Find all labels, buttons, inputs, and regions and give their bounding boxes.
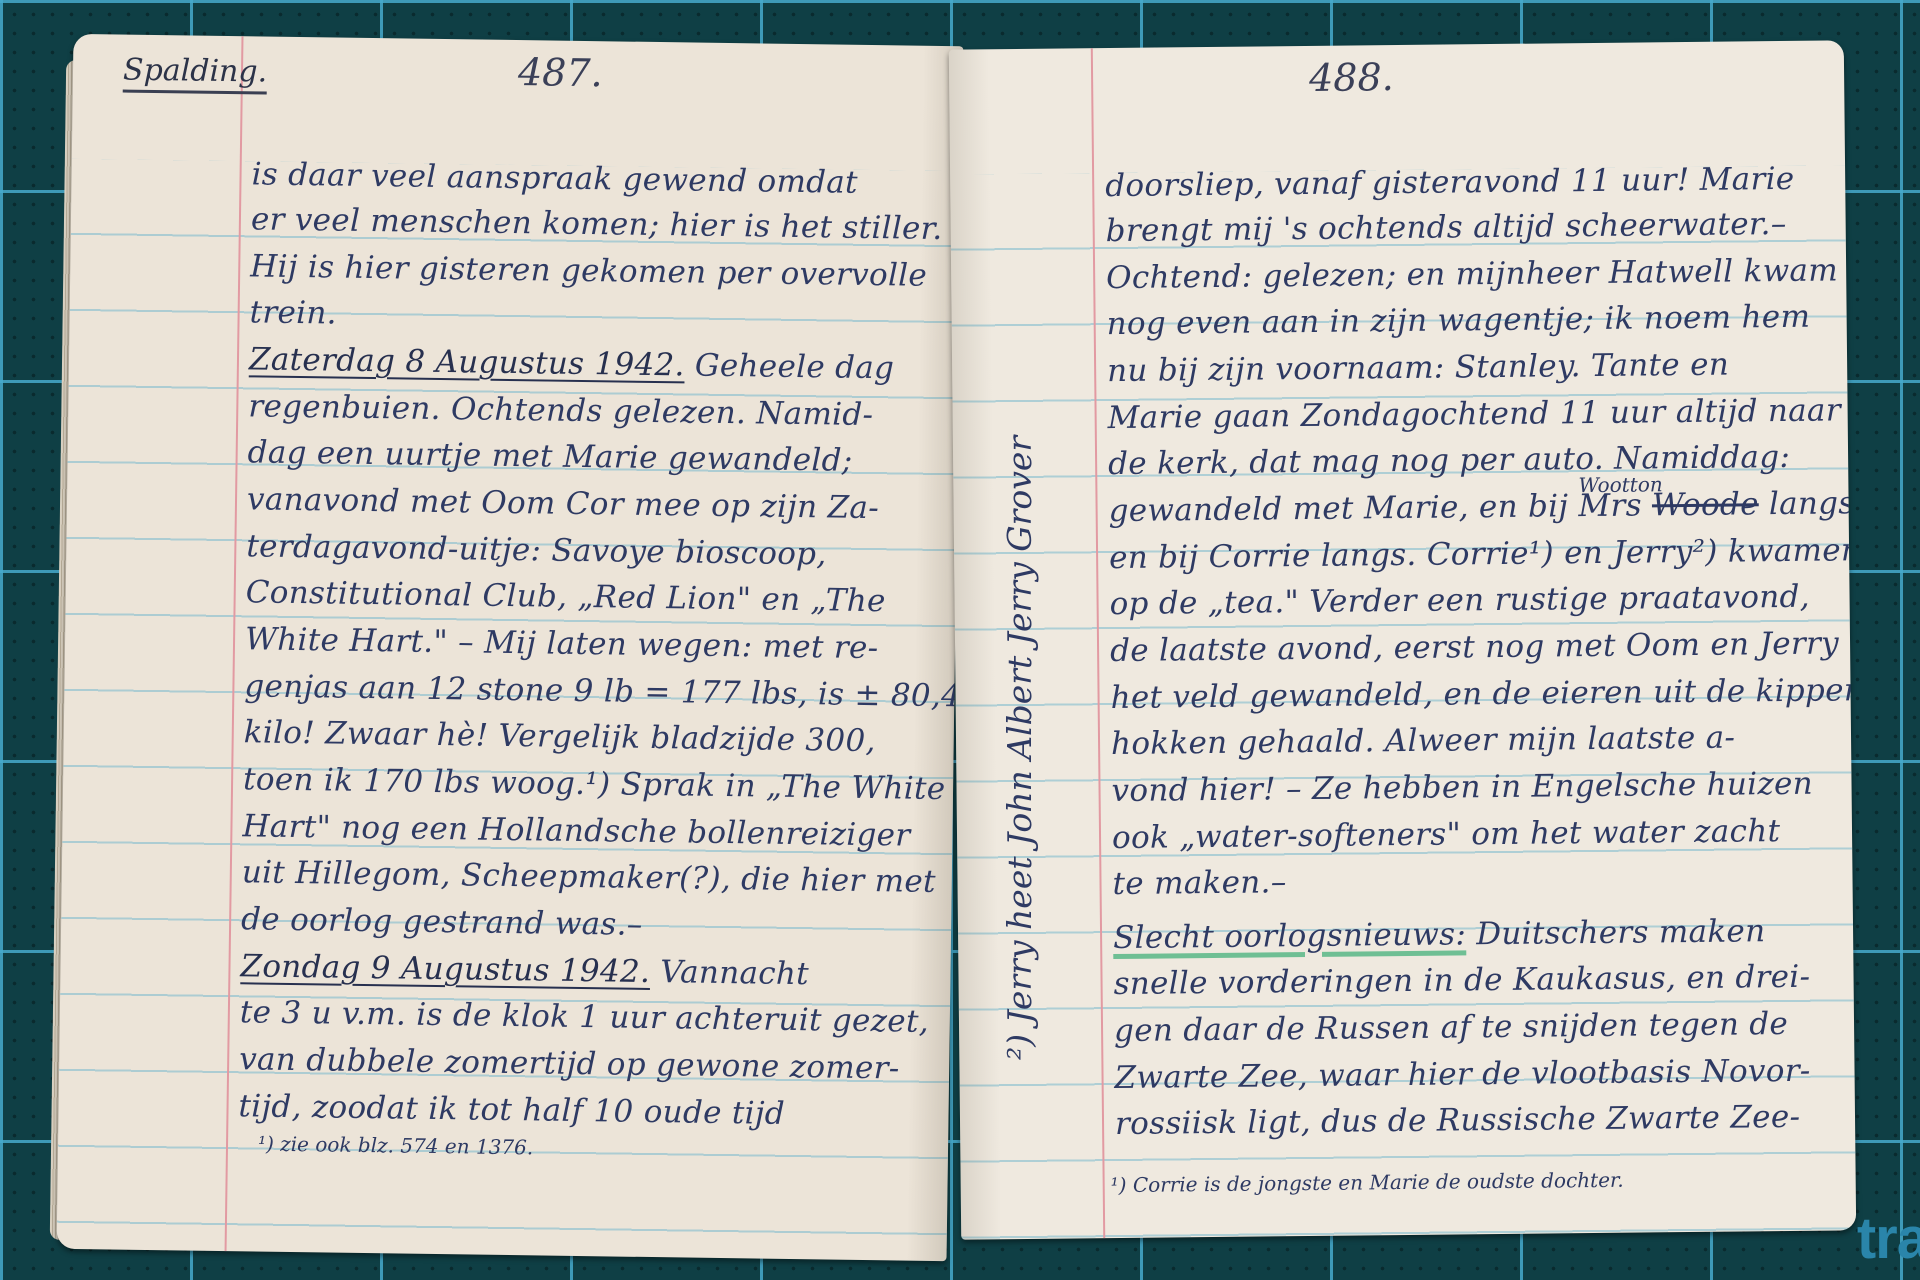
text-line: gen daar de Russen af te snijden tegen d… bbox=[1114, 1006, 1788, 1049]
highlighted-heading: Slecht oorlogsnieuws: bbox=[1113, 916, 1466, 956]
text-line: vond hier! – Ze hebben in Engelsche huiz… bbox=[1111, 766, 1813, 809]
text-line: en bij Corrie langs. Corrie¹) en Jerry²)… bbox=[1109, 531, 1856, 576]
text-line: trein. bbox=[249, 294, 337, 331]
text-line: snelle vorderingen in de Kaukasus, en dr… bbox=[1113, 959, 1810, 1002]
text-line: nu bij zijn voornaam: Stanley. Tante en bbox=[1107, 347, 1729, 390]
right-page-text: doorsliep, vanaf gisteravond 11 uur! Mar… bbox=[949, 40, 1844, 49]
page-number: 487. bbox=[518, 50, 603, 95]
text-line: brengt mij 's ochtends altijd scheerwate… bbox=[1106, 206, 1787, 249]
text-line: ook „water-softeners" om het water zacht bbox=[1112, 813, 1781, 856]
open-diary: Spalding. 487. is daar veel aanspraak ge… bbox=[0, 0, 1920, 1280]
text-line: doorsliep, vanaf gisteravond 11 uur! Mar… bbox=[1105, 161, 1795, 204]
text-line: rossiisk ligt, dus de Russische Zwarte Z… bbox=[1115, 1099, 1801, 1142]
left-page-text: is daar veel aanspraak gewend omdat er v… bbox=[74, 34, 964, 46]
text-line: Zwarte Zee, waar hier de vlootbasis Novo… bbox=[1114, 1053, 1810, 1096]
left-page: Spalding. 487. is daar veel aanspraak ge… bbox=[57, 34, 964, 1261]
footnote: ¹) zie ook blz. 574 en 1376. bbox=[258, 1132, 533, 1160]
entry-date: Zaterdag 8 Augustus 1942. bbox=[249, 341, 685, 383]
place-heading: Spalding. bbox=[123, 53, 268, 95]
entry-date: Zondag 9 Augustus 1942. bbox=[240, 948, 650, 990]
vertical-margin-note: ²) Jerry heet John Albert Jerry Grover bbox=[1000, 436, 1039, 1060]
inserted-correction: Wootton bbox=[1578, 472, 1663, 497]
text-line: de kerk, dat mag nog per auto. Namiddag: bbox=[1108, 439, 1790, 482]
text-line: tijd, zoodat ik tot half 10 oude tijd bbox=[238, 1088, 785, 1132]
section-heading-line: Slecht oorlogsnieuws: Duitschers maken bbox=[1113, 913, 1766, 956]
text-line: de oorlog gestrand was.– bbox=[241, 901, 643, 943]
text-line: Ochtend: gelezen; en mijnheer Hatwell kw… bbox=[1106, 252, 1838, 296]
right-page: 488. doorsliep, vanaf gisteravond 11 uur… bbox=[949, 40, 1856, 1239]
text-line: op de „tea." Verder een rustige praatavo… bbox=[1109, 579, 1810, 622]
text-line: te maken.– bbox=[1112, 864, 1286, 902]
page-number: 488. bbox=[1309, 55, 1394, 100]
text-line: Marie gaan Zondagochtend 11 uur altijd n… bbox=[1107, 392, 1841, 436]
struck-out-word: Woode bbox=[1652, 486, 1759, 523]
text-line: nog even aan in zijn wagentje; ik noem h… bbox=[1106, 299, 1810, 342]
text-line: hokken gehaald. Alweer mijn laatste a- bbox=[1111, 720, 1735, 763]
